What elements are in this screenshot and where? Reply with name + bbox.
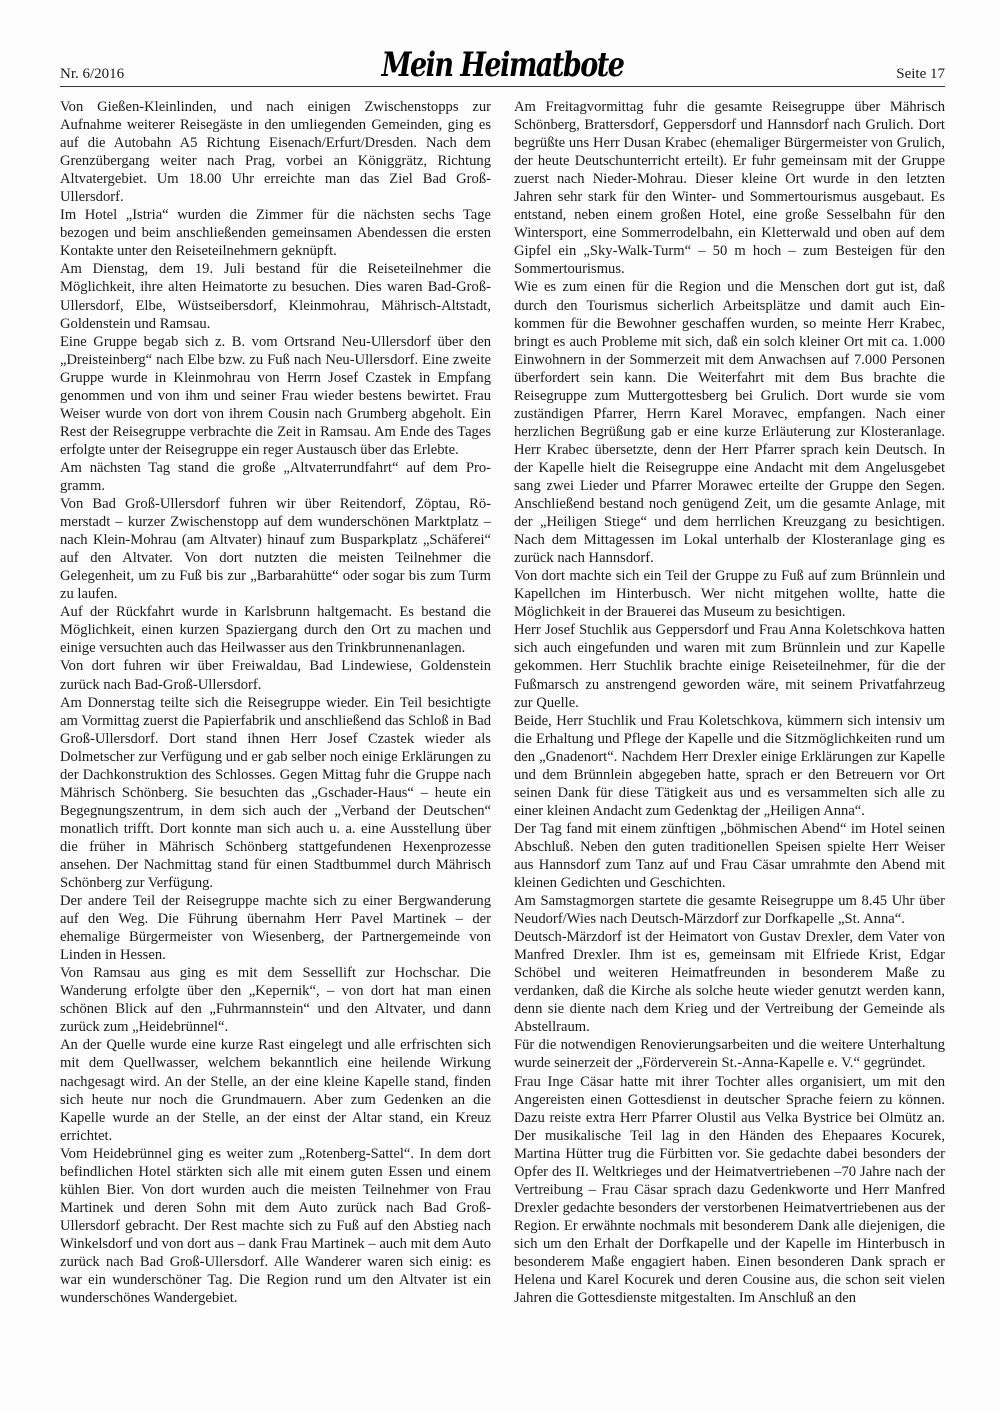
paragraph: Eine Gruppe begab sich z. B. vom Ortsran… bbox=[60, 333, 491, 459]
paragraph: Im Hotel „Istria“ wurden die Zimmer für … bbox=[60, 206, 491, 260]
paragraph: Am nächsten Tag stand die große „Altvate… bbox=[60, 459, 491, 495]
paragraph: Am Dienstag, dem 19. Juli bestand für di… bbox=[60, 260, 491, 332]
paragraph: Herr Josef Stuchlik aus Geppersdorf und … bbox=[514, 621, 945, 711]
paragraph: Der Tag fand mit einem zünftigen „böhmis… bbox=[514, 820, 945, 892]
paragraph: Frau Inge Cäsar hatte mit ihrer Tochter … bbox=[514, 1073, 945, 1308]
paragraph: Vom Heidebrünnel ging es weiter zum „Rot… bbox=[60, 1145, 491, 1307]
paragraph: Der andere Teil der Reisegruppe machte s… bbox=[60, 892, 491, 964]
paragraph: Von Bad Groß-Ullersdorf fuhren wir über … bbox=[60, 495, 491, 603]
paragraph: Deutsch-Märzdorf ist der Heimatort von G… bbox=[514, 928, 945, 1036]
paragraph: Von Ramsau aus ging es mit dem Sessellif… bbox=[60, 964, 491, 1036]
paragraph: Von dort fuhren wir über Freiwaldau, Bad… bbox=[60, 657, 491, 693]
paragraph: Von dort machte sich ein Teil der Gruppe… bbox=[514, 567, 945, 621]
paragraph: An der Quelle wurde eine kurze Rast eing… bbox=[60, 1036, 491, 1144]
paragraph: Am Donnerstag teilte sich die Reisegrupp… bbox=[60, 694, 491, 893]
paragraph: Am Samstagmorgen startete die gesamte Re… bbox=[514, 892, 945, 928]
header-divider bbox=[60, 86, 945, 87]
paragraph: Auf der Rückfahrt wurde in Karlsbrunn ha… bbox=[60, 603, 491, 657]
masthead-logo: Mein Heimatbote bbox=[60, 46, 945, 85]
newspaper-page: Nr. 6/2016 Mein Heimatbote Seite 17 Von … bbox=[0, 0, 1000, 1412]
page-header: Nr. 6/2016 Mein Heimatbote Seite 17 bbox=[60, 46, 945, 86]
paragraph: Am Freitagvormittag fuhr die gesamte Rei… bbox=[514, 98, 945, 278]
article-column-right: Am Freitagvormittag fuhr die gesamte Rei… bbox=[514, 98, 945, 1307]
page-number: Seite 17 bbox=[896, 66, 945, 83]
paragraph: Von Gießen-Kleinlinden, und nach einigen… bbox=[60, 98, 491, 206]
paragraph: Beide, Herr Stuchlik und Frau Koletschko… bbox=[514, 712, 945, 820]
article-column-left: Von Gießen-Kleinlinden, und nach einigen… bbox=[60, 98, 491, 1307]
paragraph: Wie es zum einen für die Region und die … bbox=[514, 278, 945, 567]
paragraph: Für die notwendigen Renovierungsarbeiten… bbox=[514, 1036, 945, 1072]
